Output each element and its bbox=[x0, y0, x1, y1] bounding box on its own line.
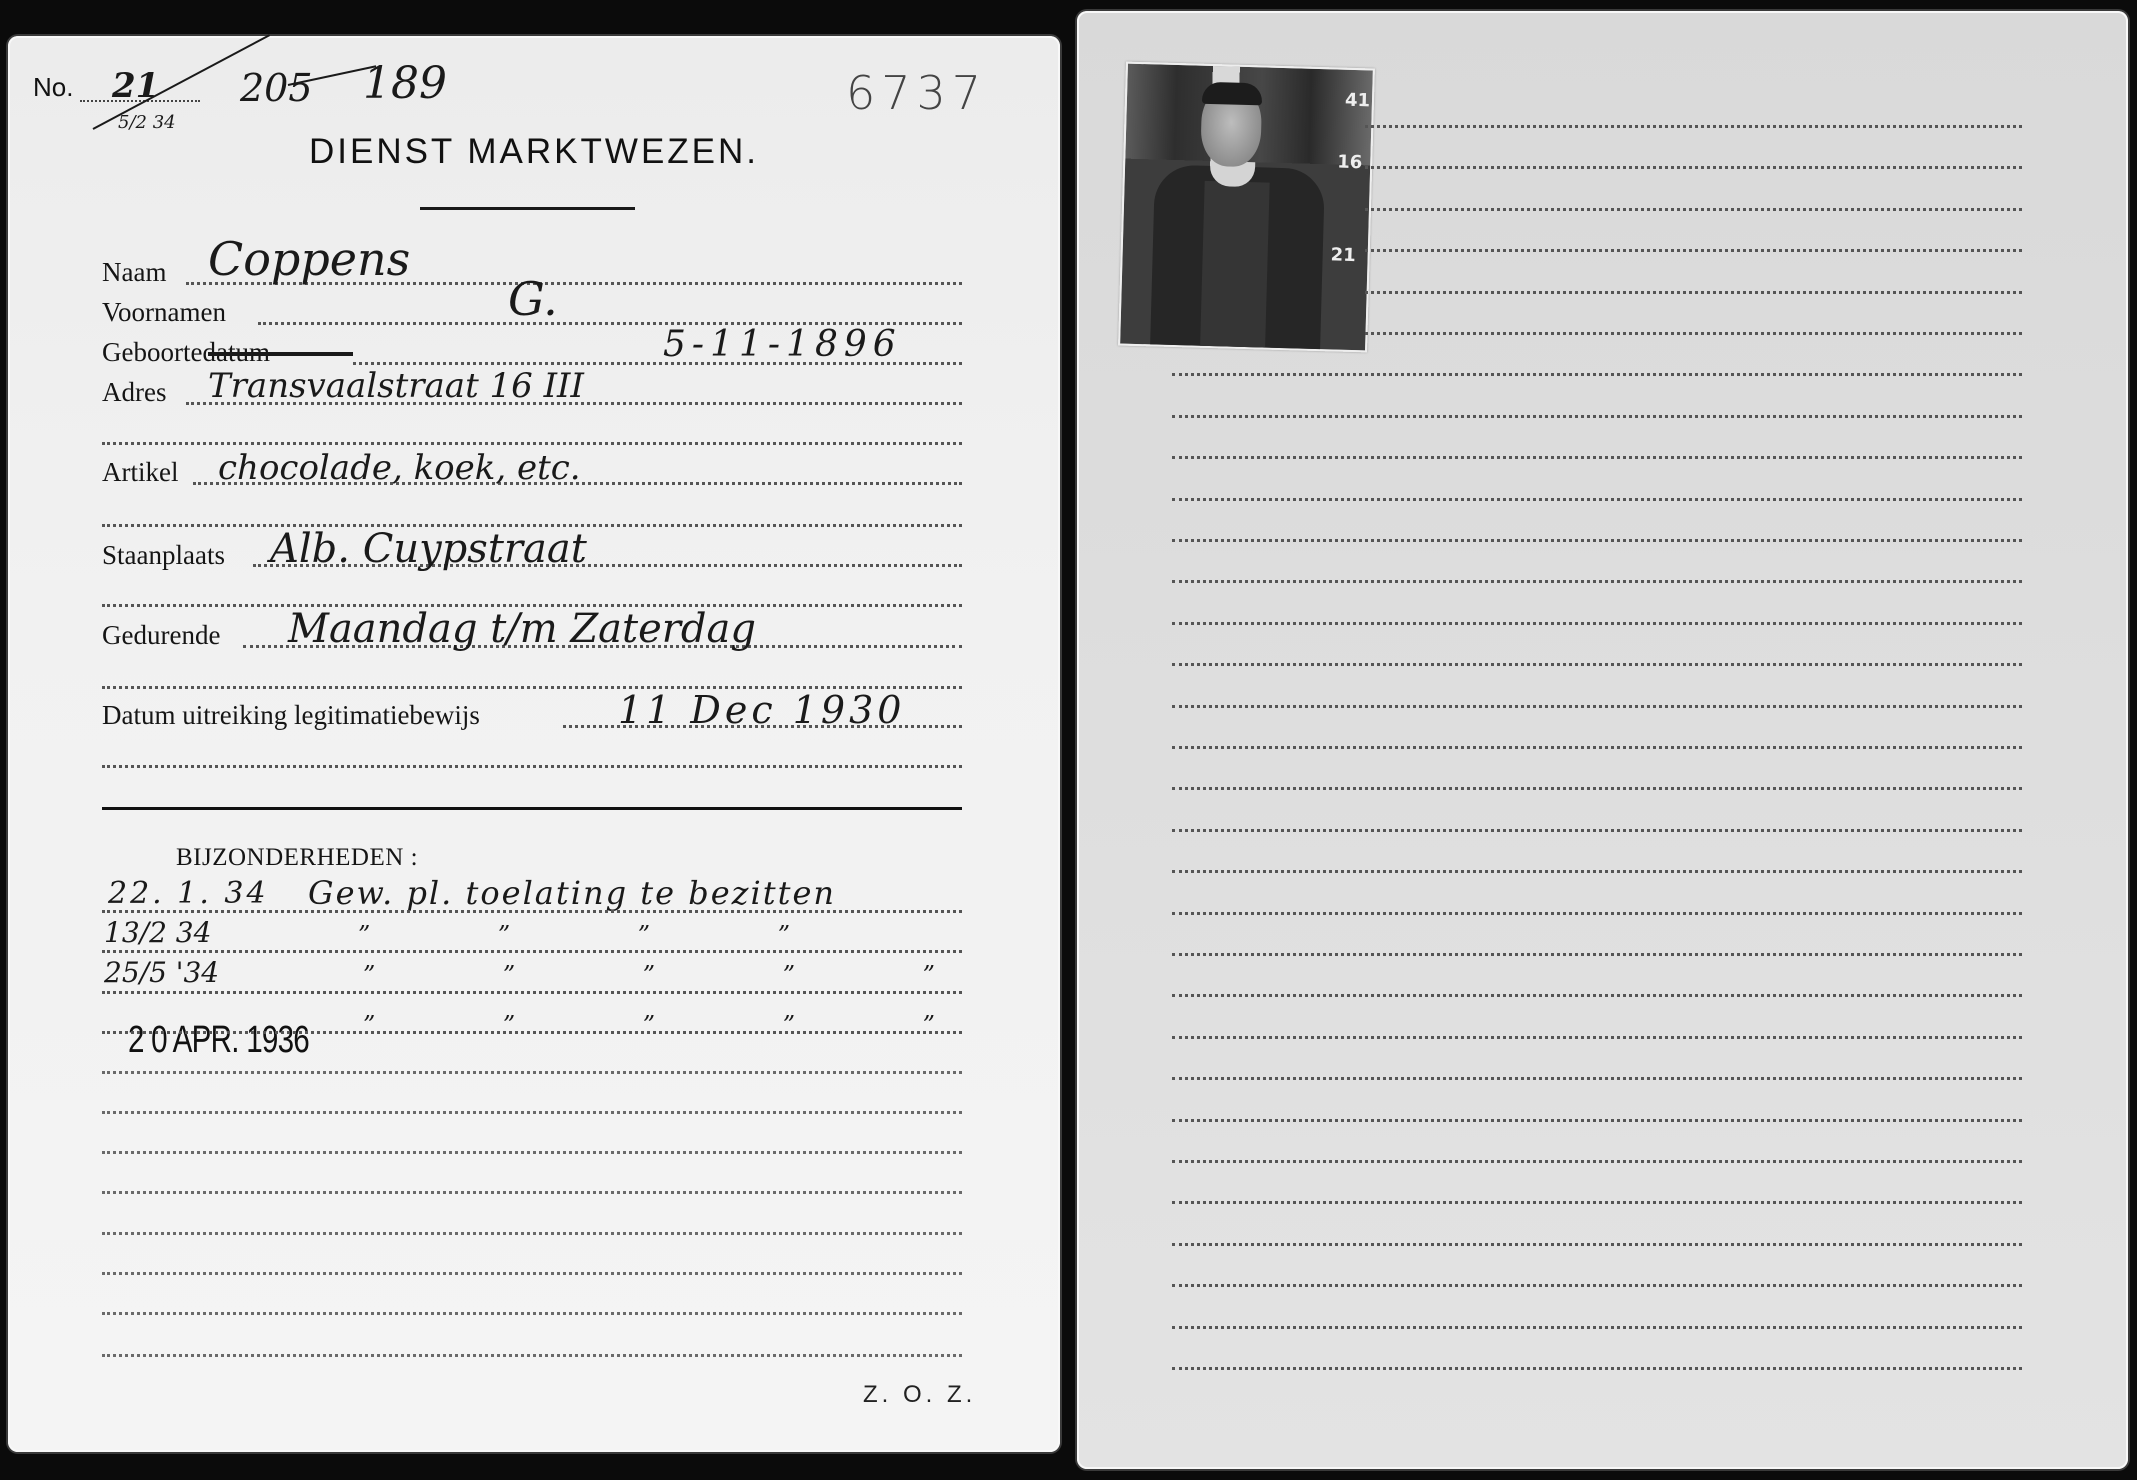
ruled-line bbox=[1172, 1160, 2022, 1163]
ruled-line bbox=[1172, 787, 2022, 790]
ruled-line bbox=[1172, 1119, 2022, 1122]
separator-line bbox=[102, 442, 962, 445]
portrait-photo: 41 16 21 bbox=[1118, 62, 1375, 353]
ruled-line bbox=[1365, 249, 2022, 252]
ruled-line bbox=[1172, 415, 2022, 418]
struck-number: 21 bbox=[112, 66, 159, 106]
ruled-line bbox=[1365, 208, 2022, 211]
ruled-line bbox=[1172, 746, 2022, 749]
ruled-line bbox=[1172, 373, 2022, 376]
field-label-naam: Naam bbox=[102, 257, 166, 288]
current-number: 189 bbox=[363, 58, 447, 109]
photo-sign: 21 bbox=[1330, 244, 1356, 266]
remark-line bbox=[102, 1071, 962, 1074]
field-value-gedurende: Maandag t/m Zaterdag bbox=[288, 606, 756, 652]
remark-date: 13/2 34 bbox=[104, 916, 211, 949]
field-label-gedurende: Gedurende bbox=[102, 620, 220, 651]
ruled-line bbox=[1365, 332, 2022, 335]
remark-text: Gew. pl. toelating te bezitten bbox=[308, 874, 836, 912]
ruled-line bbox=[1172, 1367, 2022, 1370]
remark-line bbox=[102, 1232, 962, 1235]
field-label-datum-uitreiking: Datum uitreiking legitimatiebewijs bbox=[102, 700, 480, 731]
ruled-line bbox=[1172, 1243, 2022, 1246]
ruled-line bbox=[1172, 1326, 2022, 1329]
ruled-line bbox=[1172, 456, 2022, 459]
remark-text: ” ” ” ” ” bbox=[363, 1011, 995, 1039]
archive-number: 6737 bbox=[846, 66, 987, 120]
remark-line bbox=[102, 1151, 962, 1154]
field-label-artikel: Artikel bbox=[102, 457, 178, 488]
remark-line bbox=[102, 1111, 962, 1114]
remark-line bbox=[102, 1354, 962, 1357]
ruled-line bbox=[1172, 1036, 2022, 1039]
photo-figure-hair bbox=[1202, 82, 1263, 106]
separator-line bbox=[102, 765, 962, 768]
ruled-line bbox=[1172, 705, 2022, 708]
field-value-artikel: chocolade, koek, etc. bbox=[218, 448, 581, 488]
remark-line bbox=[102, 950, 962, 953]
field-label-adres: Adres bbox=[102, 377, 166, 408]
number-date-note: 5/2 34 bbox=[118, 112, 176, 133]
registration-card-front: No. 21 5/2 34 205 189 6737 DIENST MARKTW… bbox=[8, 36, 1060, 1452]
number-label: No. bbox=[33, 72, 73, 103]
remark-line bbox=[102, 1031, 962, 1034]
registration-card-back: 41 16 21 bbox=[1077, 11, 2128, 1469]
card-title: DIENST MARKTWEZEN. bbox=[8, 132, 1060, 172]
section-divider bbox=[102, 807, 962, 810]
ruled-line bbox=[1172, 829, 2022, 832]
field-value-staanplaats: Alb. Cuypstraat bbox=[270, 526, 587, 572]
remark-line bbox=[102, 910, 962, 913]
ruled-line bbox=[1172, 622, 2022, 625]
date-stamp: 2 0 APR. 1936 bbox=[128, 1019, 309, 1062]
ruled-line bbox=[1365, 125, 2022, 128]
photo-sign: 41 bbox=[1345, 90, 1371, 112]
struck-second-number: 205 bbox=[240, 66, 313, 110]
remark-line bbox=[102, 991, 962, 994]
field-value-adres: Transvaalstraat 16 III bbox=[208, 366, 584, 406]
ruled-line bbox=[1365, 291, 2022, 294]
field-value-datum-uitreiking: 11 Dec 1930 bbox=[618, 688, 905, 732]
ruled-line bbox=[1172, 498, 2022, 501]
photo-figure-vest bbox=[1200, 181, 1270, 353]
remark-date: 22. 1. 34 bbox=[108, 876, 269, 911]
ruled-line bbox=[1172, 912, 2022, 915]
ruled-line bbox=[1172, 1077, 2022, 1080]
remarks-heading: BIJZONDERHEDEN : bbox=[176, 844, 418, 872]
ruled-line bbox=[1172, 1284, 2022, 1287]
turn-over-note: Z. O. Z. bbox=[863, 1381, 976, 1409]
ruled-line bbox=[1172, 1201, 2022, 1204]
field-label-staanplaats: Staanplaats bbox=[102, 540, 225, 571]
field-label-voornamen: Voornamen bbox=[102, 297, 226, 328]
title-underline bbox=[420, 207, 635, 210]
ruled-line bbox=[1172, 663, 2022, 666]
ruled-line bbox=[1172, 953, 2022, 956]
field-value-voornamen: G. bbox=[508, 272, 558, 326]
remark-date: 25/5 '34 bbox=[104, 956, 219, 989]
ruled-line bbox=[1365, 166, 2022, 169]
ruled-line bbox=[1172, 580, 2022, 583]
ruled-line bbox=[1172, 994, 2022, 997]
remark-text: ” ” ” ” ” bbox=[363, 961, 995, 989]
ruled-line bbox=[1172, 870, 2022, 873]
remark-line bbox=[102, 1272, 962, 1275]
remark-line bbox=[102, 1312, 962, 1315]
strike-line bbox=[208, 352, 353, 356]
remark-text: ” ” ” ” bbox=[358, 921, 850, 949]
photo-sign: 16 bbox=[1337, 152, 1363, 174]
remark-line bbox=[102, 1191, 962, 1194]
ruled-line bbox=[1172, 539, 2022, 542]
field-value-geboortedatum: 5-11-1896 bbox=[663, 324, 902, 365]
field-value-naam: Coppens bbox=[208, 232, 410, 286]
